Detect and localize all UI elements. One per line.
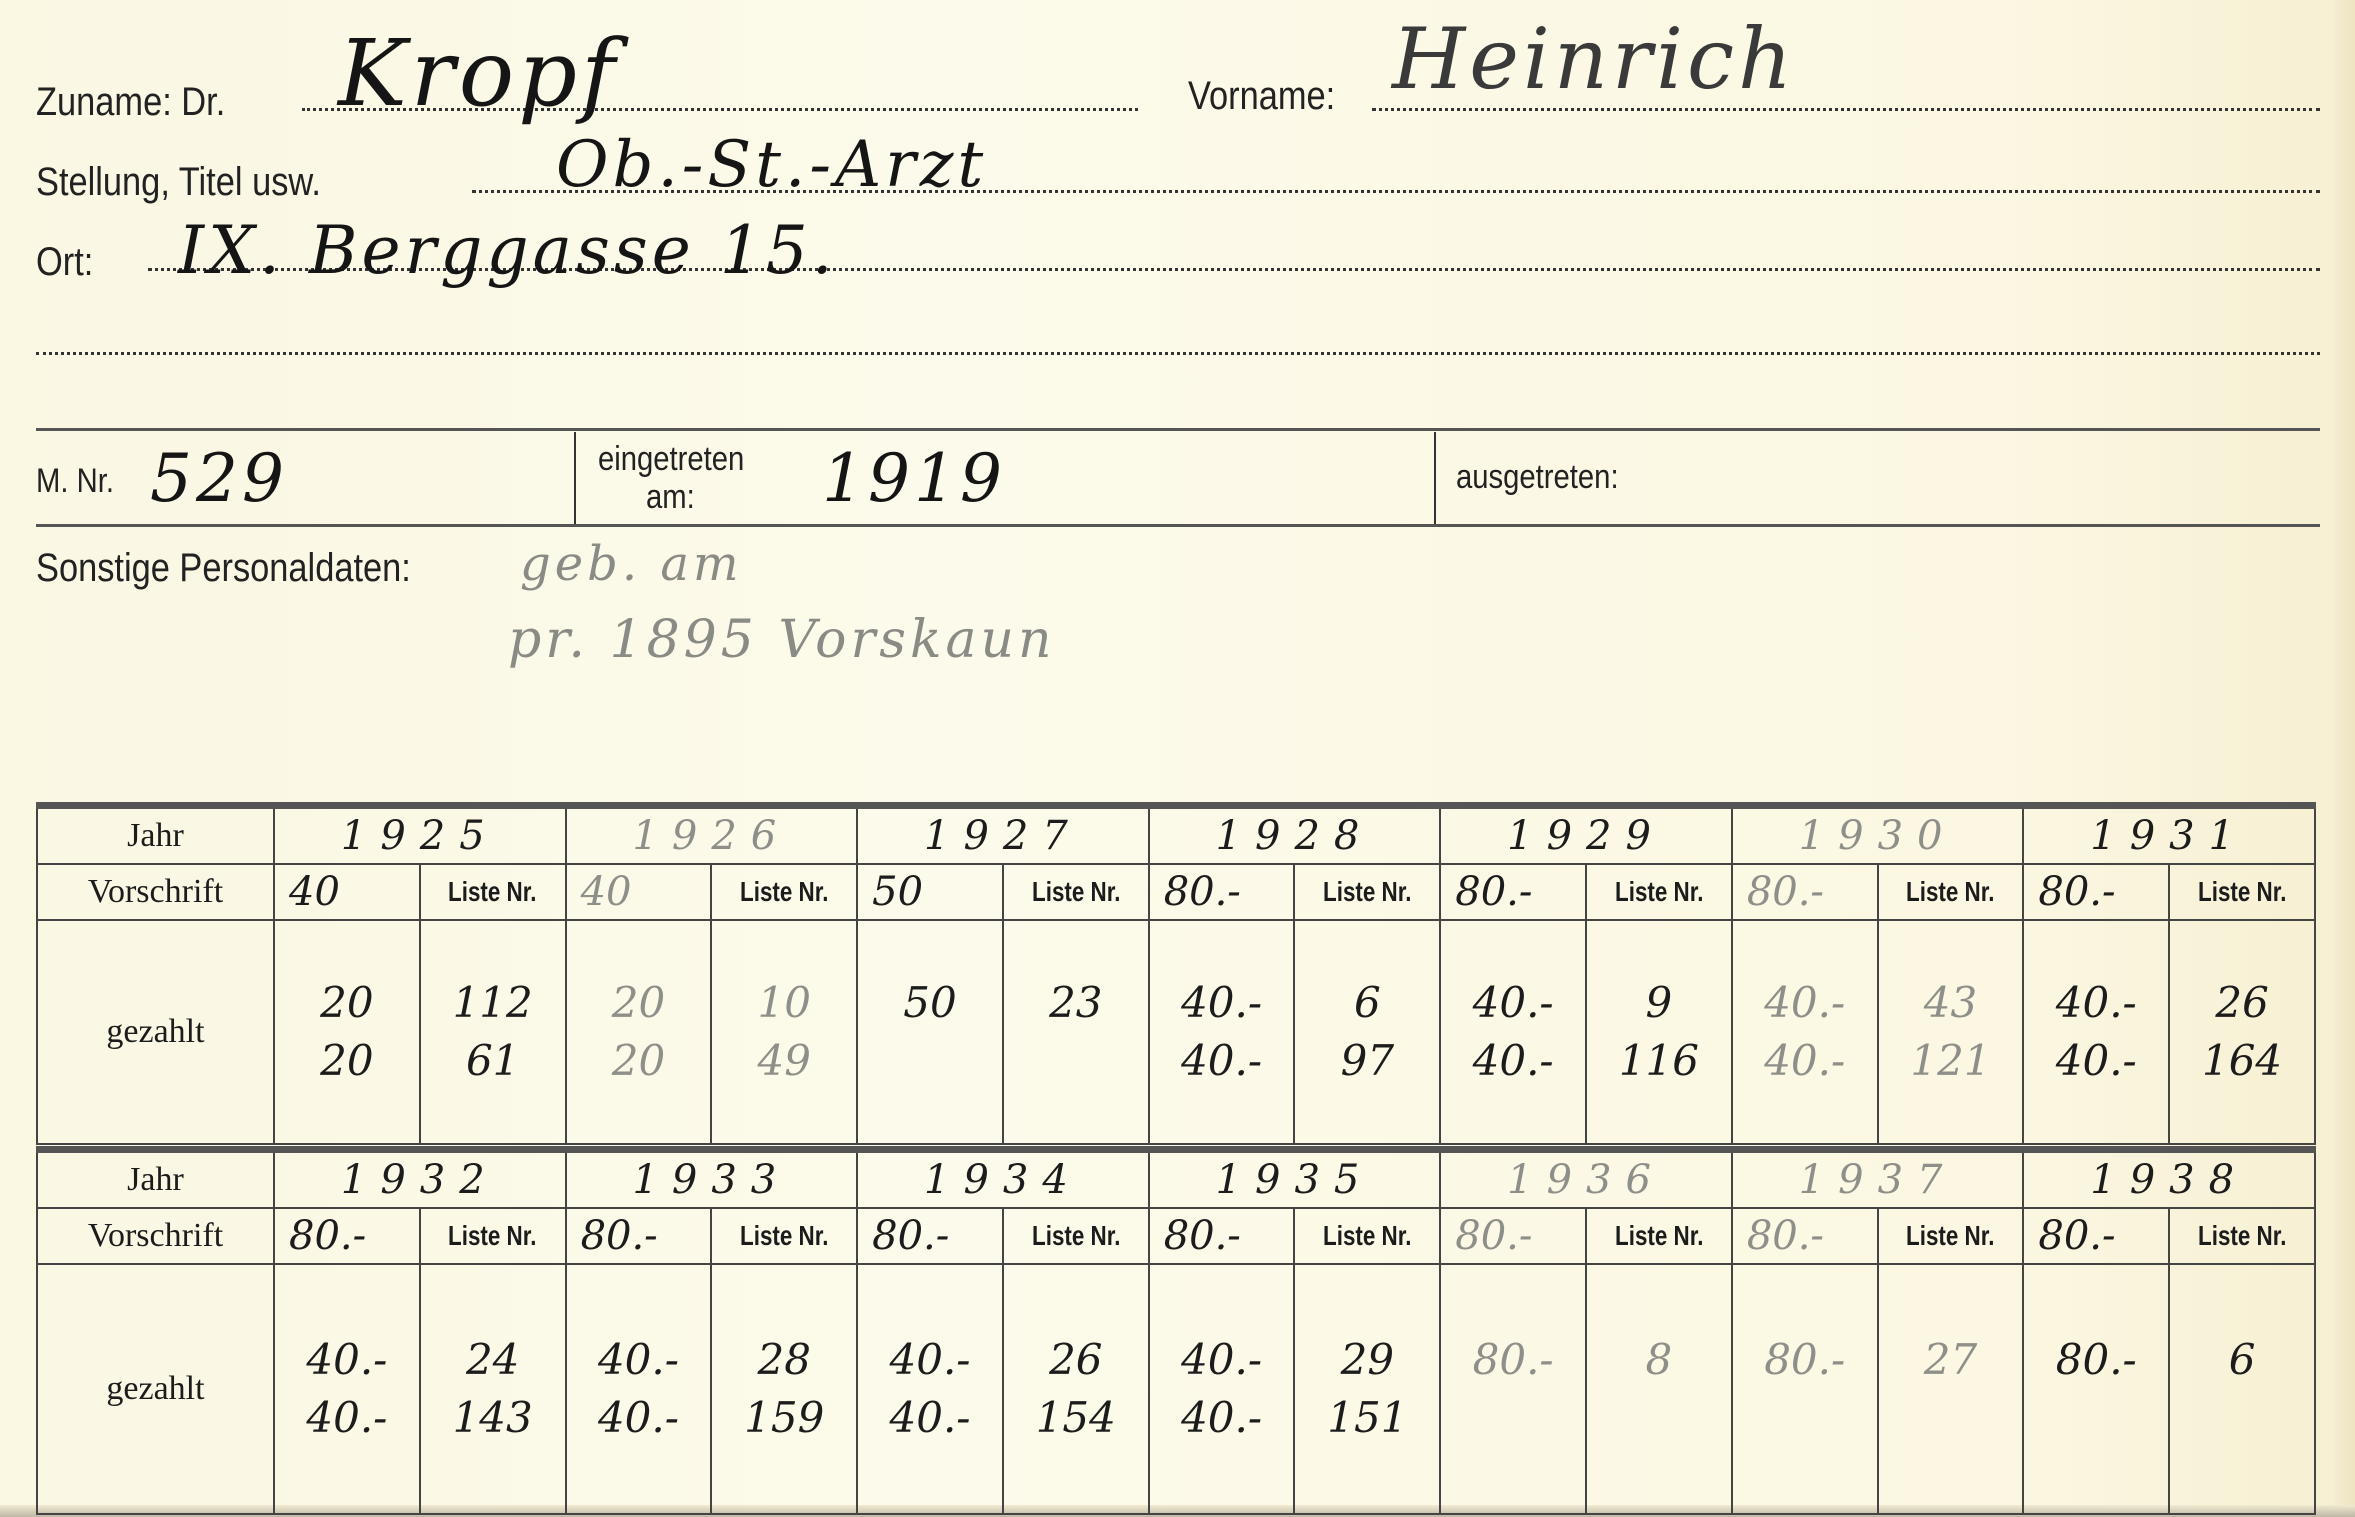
liste-nr-header: Liste Nr. bbox=[2169, 1208, 2315, 1264]
paid-amount bbox=[1441, 1389, 1585, 1447]
liste-nr-header: Liste Nr. bbox=[1878, 1208, 2024, 1264]
paid-amounts: 50 bbox=[857, 920, 1003, 1144]
year-cell: 1928 bbox=[1149, 806, 1441, 864]
liste-number: 43 bbox=[1879, 974, 2023, 1032]
liste-number: 121 bbox=[1879, 1032, 2023, 1090]
liste-numbers: 26154 bbox=[1003, 1264, 1149, 1514]
liste-nr-header: Liste Nr. bbox=[1294, 864, 1440, 920]
liste-nr-header: Liste Nr. bbox=[711, 864, 857, 920]
vorschrift-row: Vorschrift 80.-Liste Nr.80.-Liste Nr.80.… bbox=[37, 1208, 2315, 1264]
liste-nr-header: Liste Nr. bbox=[1294, 1208, 1440, 1264]
paid-amount: 40.- bbox=[1441, 974, 1585, 1032]
liste-nr-label: Liste Nr. bbox=[1032, 876, 1120, 908]
vorschrift-amount: 80.- bbox=[1732, 1208, 1878, 1264]
liste-nr-label: Liste Nr. bbox=[1615, 876, 1703, 908]
vorschrift-label: Vorschrift bbox=[37, 864, 274, 920]
liste-number bbox=[1004, 1032, 1148, 1090]
paid-amount: 40.- bbox=[1733, 974, 1877, 1032]
year-cell: 1925 bbox=[274, 806, 566, 864]
year-row: Jahr 1932193319341935193619371938 bbox=[37, 1150, 2315, 1208]
paid-amount: 40.- bbox=[1441, 1032, 1585, 1090]
liste-nr-header: Liste Nr. bbox=[1586, 864, 1732, 920]
year-cell: 1927 bbox=[857, 806, 1149, 864]
liste-number: 24 bbox=[421, 1331, 565, 1389]
paid-amount: 40.- bbox=[1150, 1032, 1294, 1090]
vorschrift-amount: 50 bbox=[857, 864, 1003, 920]
personaldaten-line-1: geb. am bbox=[520, 536, 743, 592]
paid-amounts: 80.- bbox=[2023, 1264, 2169, 1514]
vorschrift-amount: 80.- bbox=[2023, 1208, 2169, 1264]
personaldaten-label: Sonstige Personaldaten: bbox=[36, 546, 411, 591]
vorschrift-amount: 80.- bbox=[1149, 1208, 1295, 1264]
mnr-value: 529 bbox=[150, 440, 288, 517]
liste-nr-header: Liste Nr. bbox=[1003, 1208, 1149, 1264]
paid-amount: 40.- bbox=[858, 1331, 1002, 1389]
liste-number: 26 bbox=[2170, 974, 2314, 1032]
liste-nr-label: Liste Nr. bbox=[1323, 1220, 1411, 1252]
liste-numbers: 43121 bbox=[1878, 920, 2024, 1144]
gezahlt-label: gezahlt bbox=[37, 1264, 274, 1514]
paid-amounts: 40.-40.- bbox=[857, 1264, 1003, 1514]
liste-nr-label: Liste Nr. bbox=[2198, 876, 2286, 908]
liste-number: 159 bbox=[712, 1389, 856, 1447]
year-row: Jahr 1925192619271928192919301931 bbox=[37, 806, 2315, 864]
liste-number: 143 bbox=[421, 1389, 565, 1447]
liste-nr-header: Liste Nr. bbox=[420, 1208, 566, 1264]
vorschrift-amount: 40 bbox=[274, 864, 420, 920]
liste-number: 97 bbox=[1295, 1032, 1439, 1090]
liste-nr-label: Liste Nr. bbox=[1906, 1220, 1994, 1252]
year-cell: 1933 bbox=[566, 1150, 858, 1208]
paid-amount: 40.- bbox=[275, 1389, 419, 1447]
year-cell: 1938 bbox=[2023, 1150, 2315, 1208]
liste-numbers: 11261 bbox=[420, 920, 566, 1144]
liste-nr-label: Liste Nr. bbox=[2198, 1220, 2286, 1252]
membership-index-card: Zuname: Dr. Kropf Vorname: Heinrich Stel… bbox=[0, 0, 2355, 1517]
liste-nr-label: Liste Nr. bbox=[1323, 876, 1411, 908]
year-cell: 1935 bbox=[1149, 1150, 1441, 1208]
liste-number: 10 bbox=[712, 974, 856, 1032]
liste-numbers: 23 bbox=[1003, 920, 1149, 1144]
vorschrift-amount: 80.- bbox=[2023, 864, 2169, 920]
liste-nr-header: Liste Nr. bbox=[1003, 864, 1149, 920]
paid-amount: 20 bbox=[567, 974, 711, 1032]
paid-amount: 40.- bbox=[567, 1331, 711, 1389]
paid-amount: 80.- bbox=[2024, 1331, 2168, 1389]
membership-top-rule bbox=[36, 428, 2320, 431]
vorschrift-amount: 80.- bbox=[1440, 1208, 1586, 1264]
membership-divider-1 bbox=[574, 432, 576, 524]
liste-nr-label: Liste Nr. bbox=[1032, 1220, 1120, 1252]
payment-table-1932-1938: Jahr 1932193319341935193619371938 Vorsch… bbox=[36, 1146, 2316, 1515]
liste-numbers: 24143 bbox=[420, 1264, 566, 1514]
paid-amount: 80.- bbox=[1733, 1331, 1877, 1389]
liste-number: 6 bbox=[2170, 1331, 2314, 1389]
vorschrift-amount: 80.- bbox=[566, 1208, 712, 1264]
paid-amounts: 80.- bbox=[1440, 1264, 1586, 1514]
stellung-label: Stellung, Titel usw. bbox=[36, 160, 321, 205]
vorname-value: Heinrich bbox=[1392, 10, 1796, 108]
liste-number: 116 bbox=[1587, 1032, 1731, 1090]
paid-amount bbox=[1733, 1389, 1877, 1447]
eingetreten-value: 1919 bbox=[822, 440, 1006, 517]
liste-numbers: 29151 bbox=[1294, 1264, 1440, 1514]
vorschrift-amount: 80.- bbox=[1732, 864, 1878, 920]
paid-amount: 50 bbox=[858, 974, 1002, 1032]
liste-numbers: 6 bbox=[2169, 1264, 2315, 1514]
vorname-label: Vorname: bbox=[1188, 74, 1335, 119]
gezahlt-row: gezahlt 2020112612020104950 23 40.-40.-6… bbox=[37, 920, 2315, 1144]
paid-amounts: 80.- bbox=[1732, 1264, 1878, 1514]
ort-label: Ort: bbox=[36, 240, 93, 285]
paid-amount bbox=[858, 1032, 1002, 1090]
liste-number: 164 bbox=[2170, 1032, 2314, 1090]
paid-amount: 40.- bbox=[275, 1331, 419, 1389]
vorschrift-amount: 80.- bbox=[1440, 864, 1586, 920]
year-cell: 1930 bbox=[1732, 806, 2024, 864]
eingetreten-am-label: am: bbox=[646, 478, 695, 517]
vorschrift-label: Vorschrift bbox=[37, 1208, 274, 1264]
paid-amount: 40.- bbox=[1150, 1389, 1294, 1447]
liste-number: 27 bbox=[1879, 1331, 2023, 1389]
membership-divider-2 bbox=[1434, 432, 1436, 524]
membership-bottom-rule bbox=[36, 524, 2320, 527]
ausgetreten-label: ausgetreten: bbox=[1456, 458, 1619, 497]
gezahlt-row: gezahlt 40.-40.-2414340.-40.-2815940.-40… bbox=[37, 1264, 2315, 1514]
paid-amounts: 40.-40.- bbox=[2023, 920, 2169, 1144]
liste-number: 151 bbox=[1295, 1389, 1439, 1447]
liste-numbers: 697 bbox=[1294, 920, 1440, 1144]
payment-table-1925-1931: Jahr 1925192619271928192919301931 Vorsch… bbox=[36, 802, 2316, 1145]
year-cell: 1936 bbox=[1440, 1150, 1732, 1208]
paid-amount: 40.- bbox=[1150, 1331, 1294, 1389]
liste-numbers: 26164 bbox=[2169, 920, 2315, 1144]
liste-nr-header: Liste Nr. bbox=[1878, 864, 2024, 920]
liste-number: 28 bbox=[712, 1331, 856, 1389]
vorschrift-row: Vorschrift 40Liste Nr.40Liste Nr.50Liste… bbox=[37, 864, 2315, 920]
paid-amount bbox=[2024, 1389, 2168, 1447]
paid-amount: 40.- bbox=[567, 1389, 711, 1447]
vorschrift-amount: 40 bbox=[566, 864, 712, 920]
paid-amounts: 40.-40.- bbox=[1149, 920, 1295, 1144]
paid-amounts: 40.-40.- bbox=[274, 1264, 420, 1514]
year-cell: 1937 bbox=[1732, 1150, 2024, 1208]
liste-nr-label: Liste Nr. bbox=[1906, 876, 1994, 908]
gezahlt-label: gezahlt bbox=[37, 920, 274, 1144]
year-cell: 1926 bbox=[566, 806, 858, 864]
liste-number: 112 bbox=[421, 974, 565, 1032]
liste-number: 154 bbox=[1004, 1389, 1148, 1447]
liste-number: 61 bbox=[421, 1032, 565, 1090]
vorname-dotted-line bbox=[1372, 108, 2320, 111]
paid-amount: 20 bbox=[275, 974, 419, 1032]
liste-nr-label: Liste Nr. bbox=[448, 876, 536, 908]
card-edge-right bbox=[2335, 0, 2355, 1517]
jahr-label: Jahr bbox=[37, 1150, 274, 1208]
paid-amounts: 2020 bbox=[566, 920, 712, 1144]
vorschrift-amount: 80.- bbox=[1149, 864, 1295, 920]
liste-nr-label: Liste Nr. bbox=[740, 876, 828, 908]
liste-nr-header: Liste Nr. bbox=[420, 864, 566, 920]
paid-amount: 40.- bbox=[858, 1389, 1002, 1447]
eingetreten-label: eingetreten bbox=[598, 440, 744, 479]
year-cell: 1932 bbox=[274, 1150, 566, 1208]
liste-number: 9 bbox=[1587, 974, 1731, 1032]
paid-amounts: 2020 bbox=[274, 920, 420, 1144]
liste-nr-header: Liste Nr. bbox=[711, 1208, 857, 1264]
liste-number bbox=[1587, 1389, 1731, 1447]
paid-amounts: 40.-40.- bbox=[566, 1264, 712, 1514]
paid-amount: 80.- bbox=[1441, 1331, 1585, 1389]
liste-number: 23 bbox=[1004, 974, 1148, 1032]
paid-amount: 40.- bbox=[1733, 1032, 1877, 1090]
paid-amount: 40.- bbox=[2024, 1032, 2168, 1090]
liste-number: 8 bbox=[1587, 1331, 1731, 1389]
paid-amount: 20 bbox=[567, 1032, 711, 1090]
paid-amounts: 40.-40.- bbox=[1149, 1264, 1295, 1514]
zuname-label: Zuname: Dr. bbox=[36, 80, 225, 125]
liste-numbers: 1049 bbox=[711, 920, 857, 1144]
year-cell: 1931 bbox=[2023, 806, 2315, 864]
liste-number: 49 bbox=[712, 1032, 856, 1090]
liste-nr-label: Liste Nr. bbox=[448, 1220, 536, 1252]
paid-amount: 40.- bbox=[1150, 974, 1294, 1032]
mnr-label: M. Nr. bbox=[36, 462, 114, 501]
liste-number: 6 bbox=[1295, 974, 1439, 1032]
paid-amount: 20 bbox=[275, 1032, 419, 1090]
ort-value: IX. Berggasse 15. bbox=[178, 212, 837, 289]
liste-numbers: 28159 bbox=[711, 1264, 857, 1514]
liste-nr-label: Liste Nr. bbox=[1615, 1220, 1703, 1252]
year-cell: 1934 bbox=[857, 1150, 1149, 1208]
liste-number: 29 bbox=[1295, 1331, 1439, 1389]
liste-number: 26 bbox=[1004, 1331, 1148, 1389]
stellung-value: Ob.-St.-Arzt bbox=[556, 128, 987, 202]
liste-numbers: 9116 bbox=[1586, 920, 1732, 1144]
zuname-value: Kropf bbox=[338, 20, 619, 127]
paid-amounts: 40.-40.- bbox=[1440, 920, 1586, 1144]
liste-nr-header: Liste Nr. bbox=[2169, 864, 2315, 920]
liste-nr-label: Liste Nr. bbox=[740, 1220, 828, 1252]
jahr-label: Jahr bbox=[37, 806, 274, 864]
paid-amounts: 40.-40.- bbox=[1732, 920, 1878, 1144]
personaldaten-line-2: pr. 1895 Vorskaun bbox=[508, 610, 1055, 670]
year-cell: 1929 bbox=[1440, 806, 1732, 864]
liste-numbers: 8 bbox=[1586, 1264, 1732, 1514]
liste-nr-header: Liste Nr. bbox=[1586, 1208, 1732, 1264]
vorschrift-amount: 80.- bbox=[857, 1208, 1003, 1264]
vorschrift-amount: 80.- bbox=[274, 1208, 420, 1264]
liste-numbers: 27 bbox=[1878, 1264, 2024, 1514]
paid-amount: 40.- bbox=[2024, 974, 2168, 1032]
liste-number bbox=[1879, 1389, 2023, 1447]
blank-dotted-line bbox=[36, 352, 2320, 355]
liste-number bbox=[2170, 1389, 2314, 1447]
